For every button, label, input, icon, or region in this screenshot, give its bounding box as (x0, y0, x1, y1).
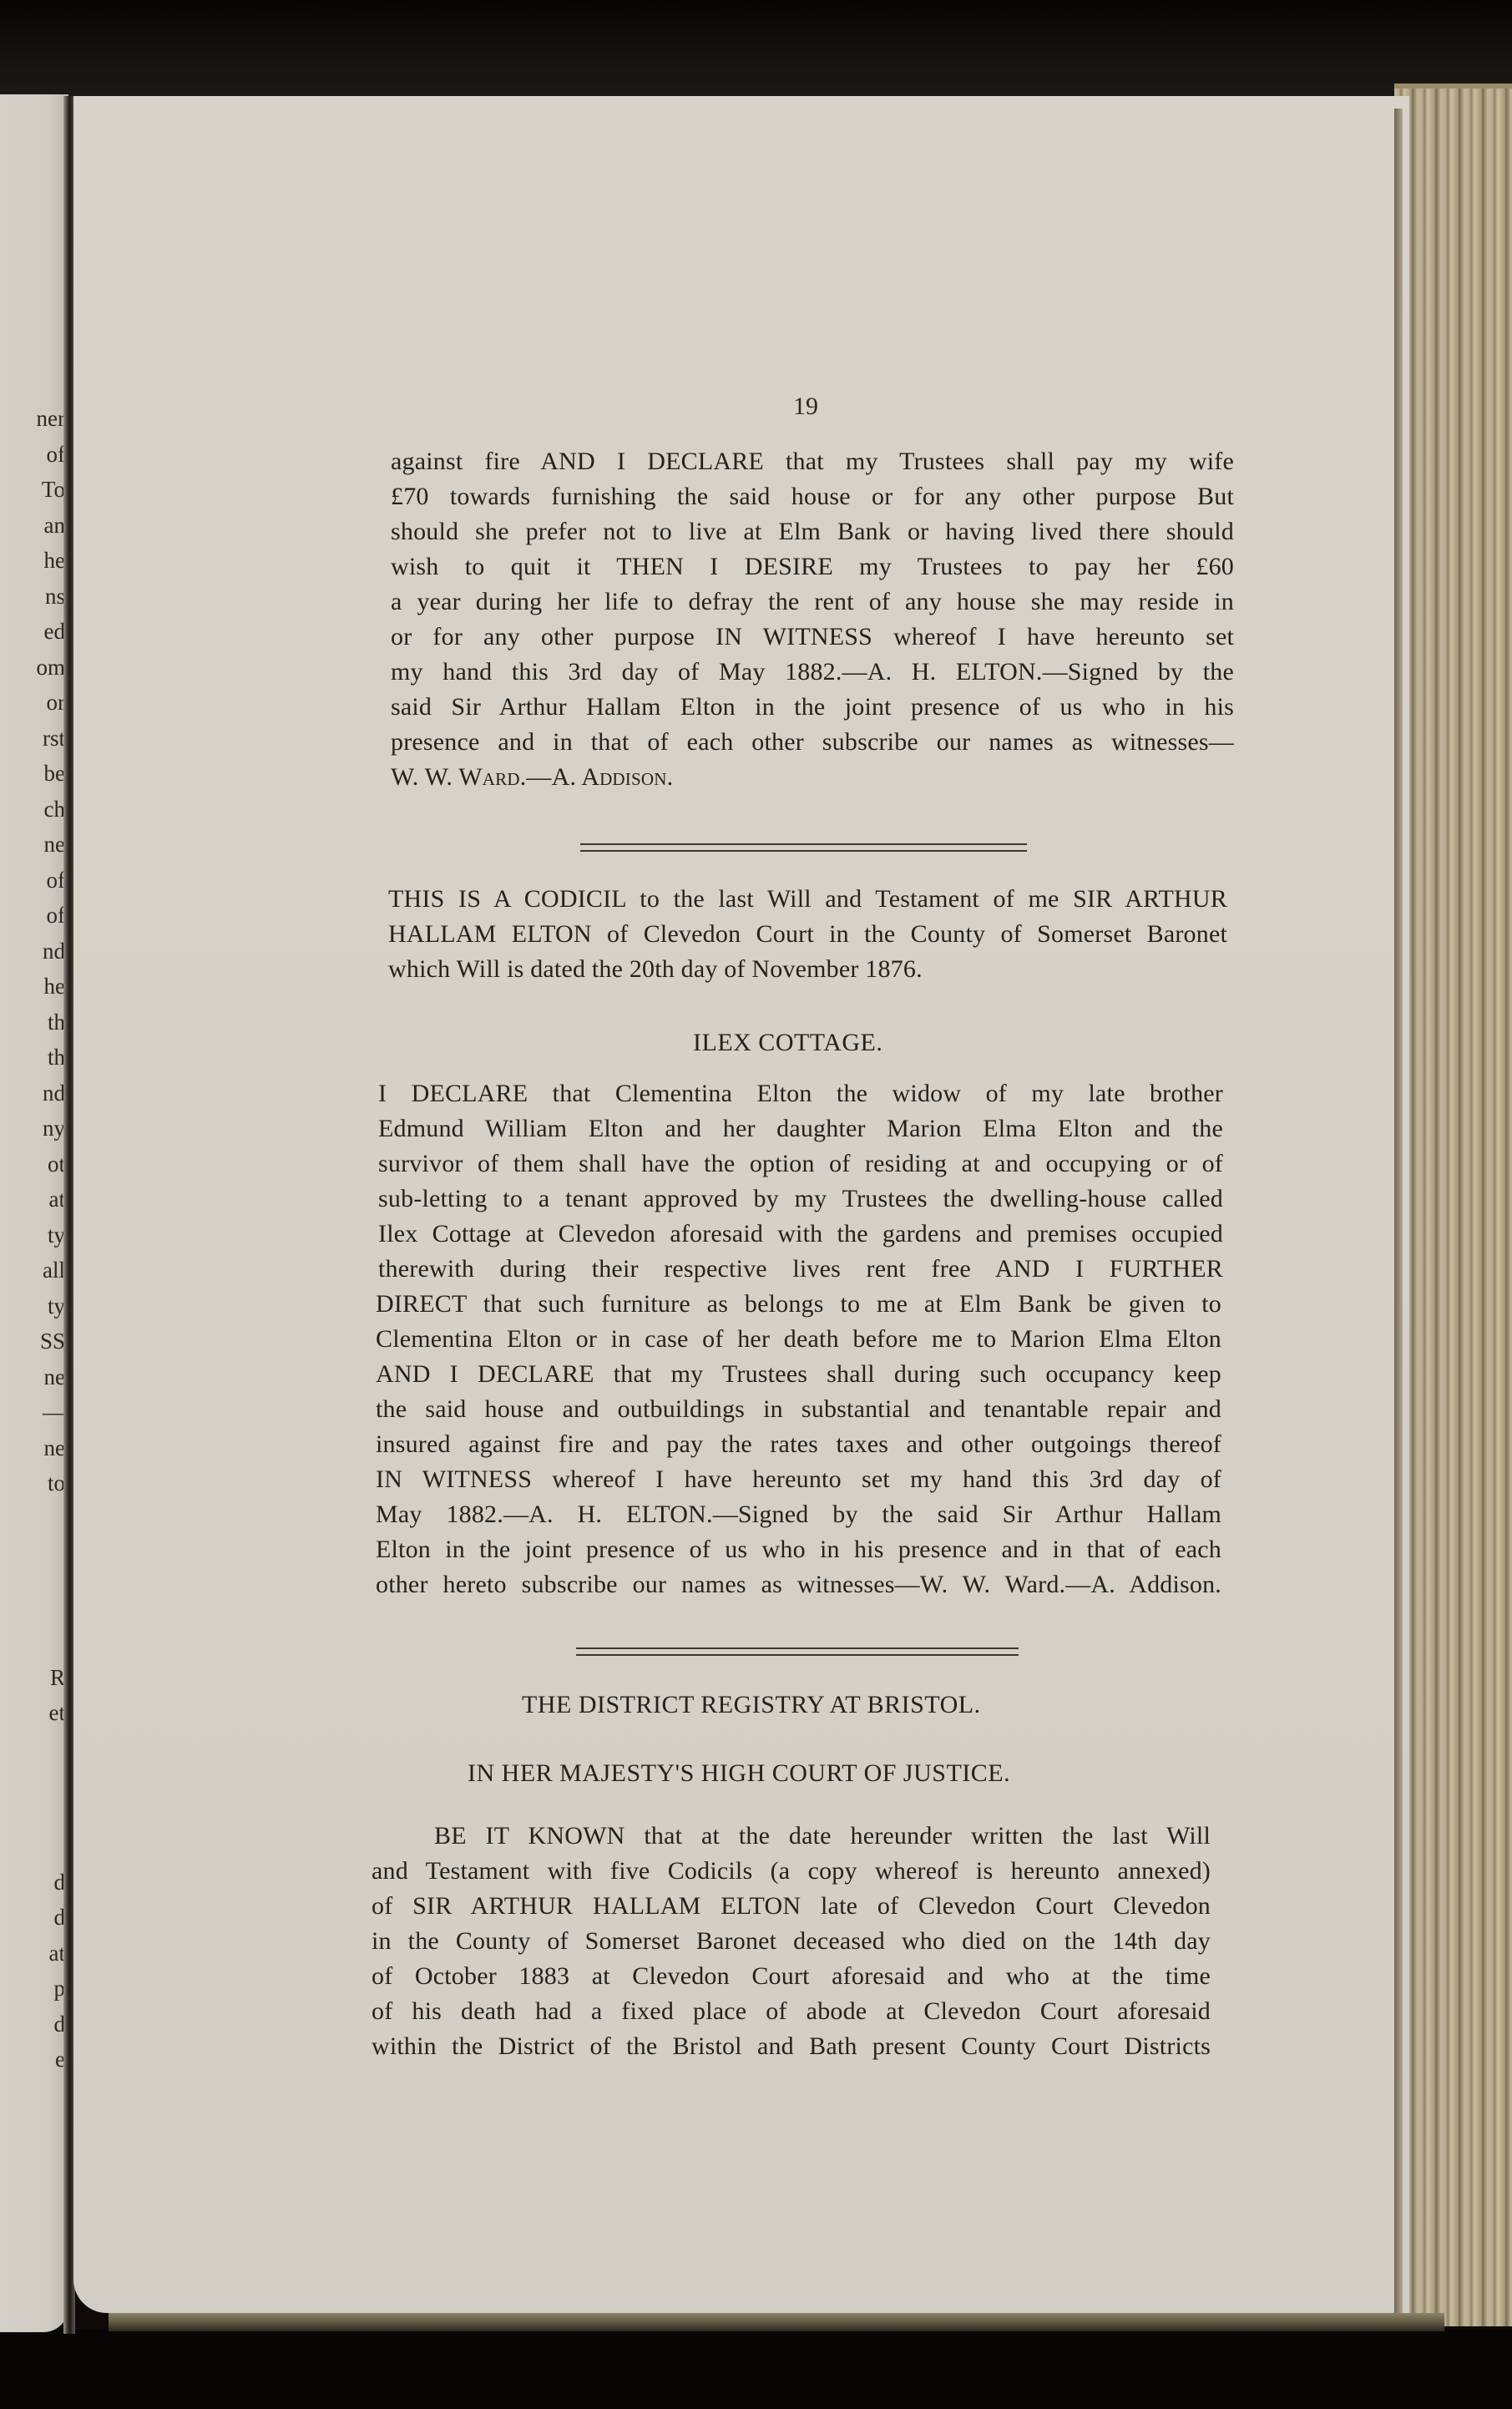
text-line: within the District of the Bristol and B… (372, 2032, 1211, 2061)
left-page-fragment: at (0, 1182, 65, 1217)
left-page-fragment: be (0, 756, 65, 792)
page-edges-stack (1394, 84, 1512, 2326)
left-page-fragment: — (0, 1394, 65, 1430)
text-line: of SIR ARTHUR HALLAM ELTON late of Cleve… (372, 1892, 1211, 1921)
left-page-fragment: d (0, 1900, 65, 1936)
codicil-intro-line: THIS IS A CODICIL to the last Will and T… (388, 885, 1227, 913)
left-page-fragment: et (0, 1695, 65, 1731)
text-line: presence and in that of each other subsc… (391, 728, 1234, 757)
book-cover-bottom (0, 2330, 1512, 2409)
text-line: a year during her life to defray the ren… (391, 588, 1234, 616)
left-fragment-block-1: nerofToanhensedomorrstbechneofofndhethth… (0, 401, 65, 1501)
text-line: or for any other purpose IN WITNESS wher… (391, 623, 1234, 651)
text-line: Clementina Elton or in case of her death… (376, 1325, 1221, 1354)
left-page-fragment: ne (0, 1430, 65, 1466)
page-bottom-edge (109, 2313, 1444, 2331)
text-line: Edmund William Elton and her daughter Ma… (378, 1115, 1223, 1143)
book-cover-top (0, 0, 1512, 100)
left-page-fragment: ny (0, 1111, 65, 1146)
text-line: the said house and outbuildings in subst… (376, 1395, 1221, 1424)
left-page-fragment: ns (0, 579, 65, 615)
left-page-fragment: ot (0, 1146, 65, 1182)
left-page-fragment: he (0, 969, 65, 1005)
text-line: therewith during their respective lives … (378, 1255, 1223, 1283)
text-line: £70 towards furnishing the said house or… (391, 483, 1234, 511)
codicil-intro-line: HALLAM ELTON of Clevedon Court in the Co… (388, 920, 1227, 949)
left-page-fragment: ty (0, 1288, 65, 1324)
text-line: said Sir Arthur Hallam Elton in the join… (391, 693, 1234, 721)
left-page-fragment: nd (0, 1075, 65, 1111)
text-line: IN WITNESS whereof I have hereunto set m… (376, 1465, 1221, 1494)
left-page-fragment: he (0, 543, 65, 579)
text-line: my hand this 3rd day of May 1882.—A. H. … (391, 658, 1234, 686)
witness-signatures: W. W. Ward.—A. Addison. (391, 763, 673, 792)
text-line: BE IT KNOWN that at the date hereunder w… (434, 1822, 1211, 1850)
left-page-fragment: all (0, 1253, 65, 1288)
witness-signatures: other hereto subscribe our names as witn… (376, 1571, 1221, 1599)
left-page-fragment: ch (0, 792, 65, 827)
left-page-fragment: to (0, 1465, 65, 1501)
text-line: DIRECT that such furniture as belongs to… (376, 1290, 1221, 1318)
text-line: sub-letting to a tenant approved by my T… (378, 1185, 1223, 1213)
left-page-fragment: at (0, 1936, 65, 1971)
left-page-text-fragments: nerofToanhensedomorrstbechneofofndhethth… (0, 401, 65, 2078)
left-fragment-block-3: ddatpde (0, 1865, 65, 2078)
left-page-fragment: om (0, 650, 65, 686)
codicil-intro-line: which Will is dated the 20th day of Nove… (388, 955, 923, 984)
left-fragment-block-2: Ret (0, 1660, 65, 1731)
heading-district-registry: THE DISTRICT REGISTRY AT BRISTOL. (522, 1691, 981, 1719)
left-page-fragment: rst (0, 721, 65, 757)
left-page-fragment: of (0, 863, 65, 898)
text-line: insured against fire and pay the rates t… (376, 1430, 1221, 1459)
left-page-fragment: d (0, 1865, 65, 1900)
left-page-fragment: or (0, 685, 65, 721)
text-line: and Testament with five Codicils (a copy… (372, 1857, 1211, 1885)
left-page-fragment: nd (0, 934, 65, 969)
text-line: of October 1883 at Clevedon Court afores… (372, 1962, 1211, 1991)
left-page-fragment: SS (0, 1323, 65, 1359)
page-number: 19 (793, 392, 818, 421)
left-page-fragment: To (0, 472, 65, 508)
left-page-fragment: th (0, 1040, 65, 1075)
text-line: of his death had a fixed place of abode … (372, 1997, 1211, 2026)
section-heading-ilex-cottage: ILEX COTTAGE. (693, 1029, 882, 1057)
left-page-fragment: ty (0, 1217, 65, 1253)
heading-high-court: IN HER MAJESTY'S HIGH COURT OF JUSTICE. (468, 1759, 1010, 1788)
left-page-fragment: ne (0, 1359, 65, 1395)
text-line: against fire AND I DECLARE that my Trust… (391, 448, 1234, 476)
double-rule-divider (576, 1647, 1019, 1656)
double-rule-divider (580, 843, 1027, 852)
left-page-fragment: th (0, 1005, 65, 1040)
left-page-fragment: ne (0, 827, 65, 863)
left-page-fragment: e (0, 2042, 65, 2078)
text-line: should she prefer not to live at Elm Ban… (391, 518, 1234, 546)
text-line: I DECLARE that Clementina Elton the wido… (378, 1080, 1223, 1108)
page-edge-shadow (1394, 109, 1403, 2313)
left-page-fragment: ed (0, 614, 65, 650)
text-line: May 1882.—A. H. ELTON.—Signed by the sai… (376, 1501, 1221, 1529)
left-page-fragment: d (0, 2007, 65, 2042)
left-page-fragment: an (0, 508, 65, 544)
left-page-fragment: of (0, 437, 65, 473)
text-line: Ilex Cottage at Clevedon aforesaid with … (378, 1220, 1223, 1248)
text-line: wish to quit it THEN I DESIRE my Trustee… (391, 553, 1234, 581)
left-page-fragment: p (0, 1971, 65, 2007)
left-page-fragment: ner (0, 401, 65, 437)
text-line: Elton in the joint presence of us who in… (376, 1536, 1221, 1564)
text-line: in the County of Somerset Baronet deceas… (372, 1927, 1211, 1956)
left-page-fragment: R (0, 1660, 65, 1696)
text-line: survivor of them shall have the option o… (378, 1150, 1223, 1178)
text-line: AND I DECLARE that my Trustees shall dur… (376, 1360, 1221, 1389)
left-page-fragment: of (0, 898, 65, 934)
